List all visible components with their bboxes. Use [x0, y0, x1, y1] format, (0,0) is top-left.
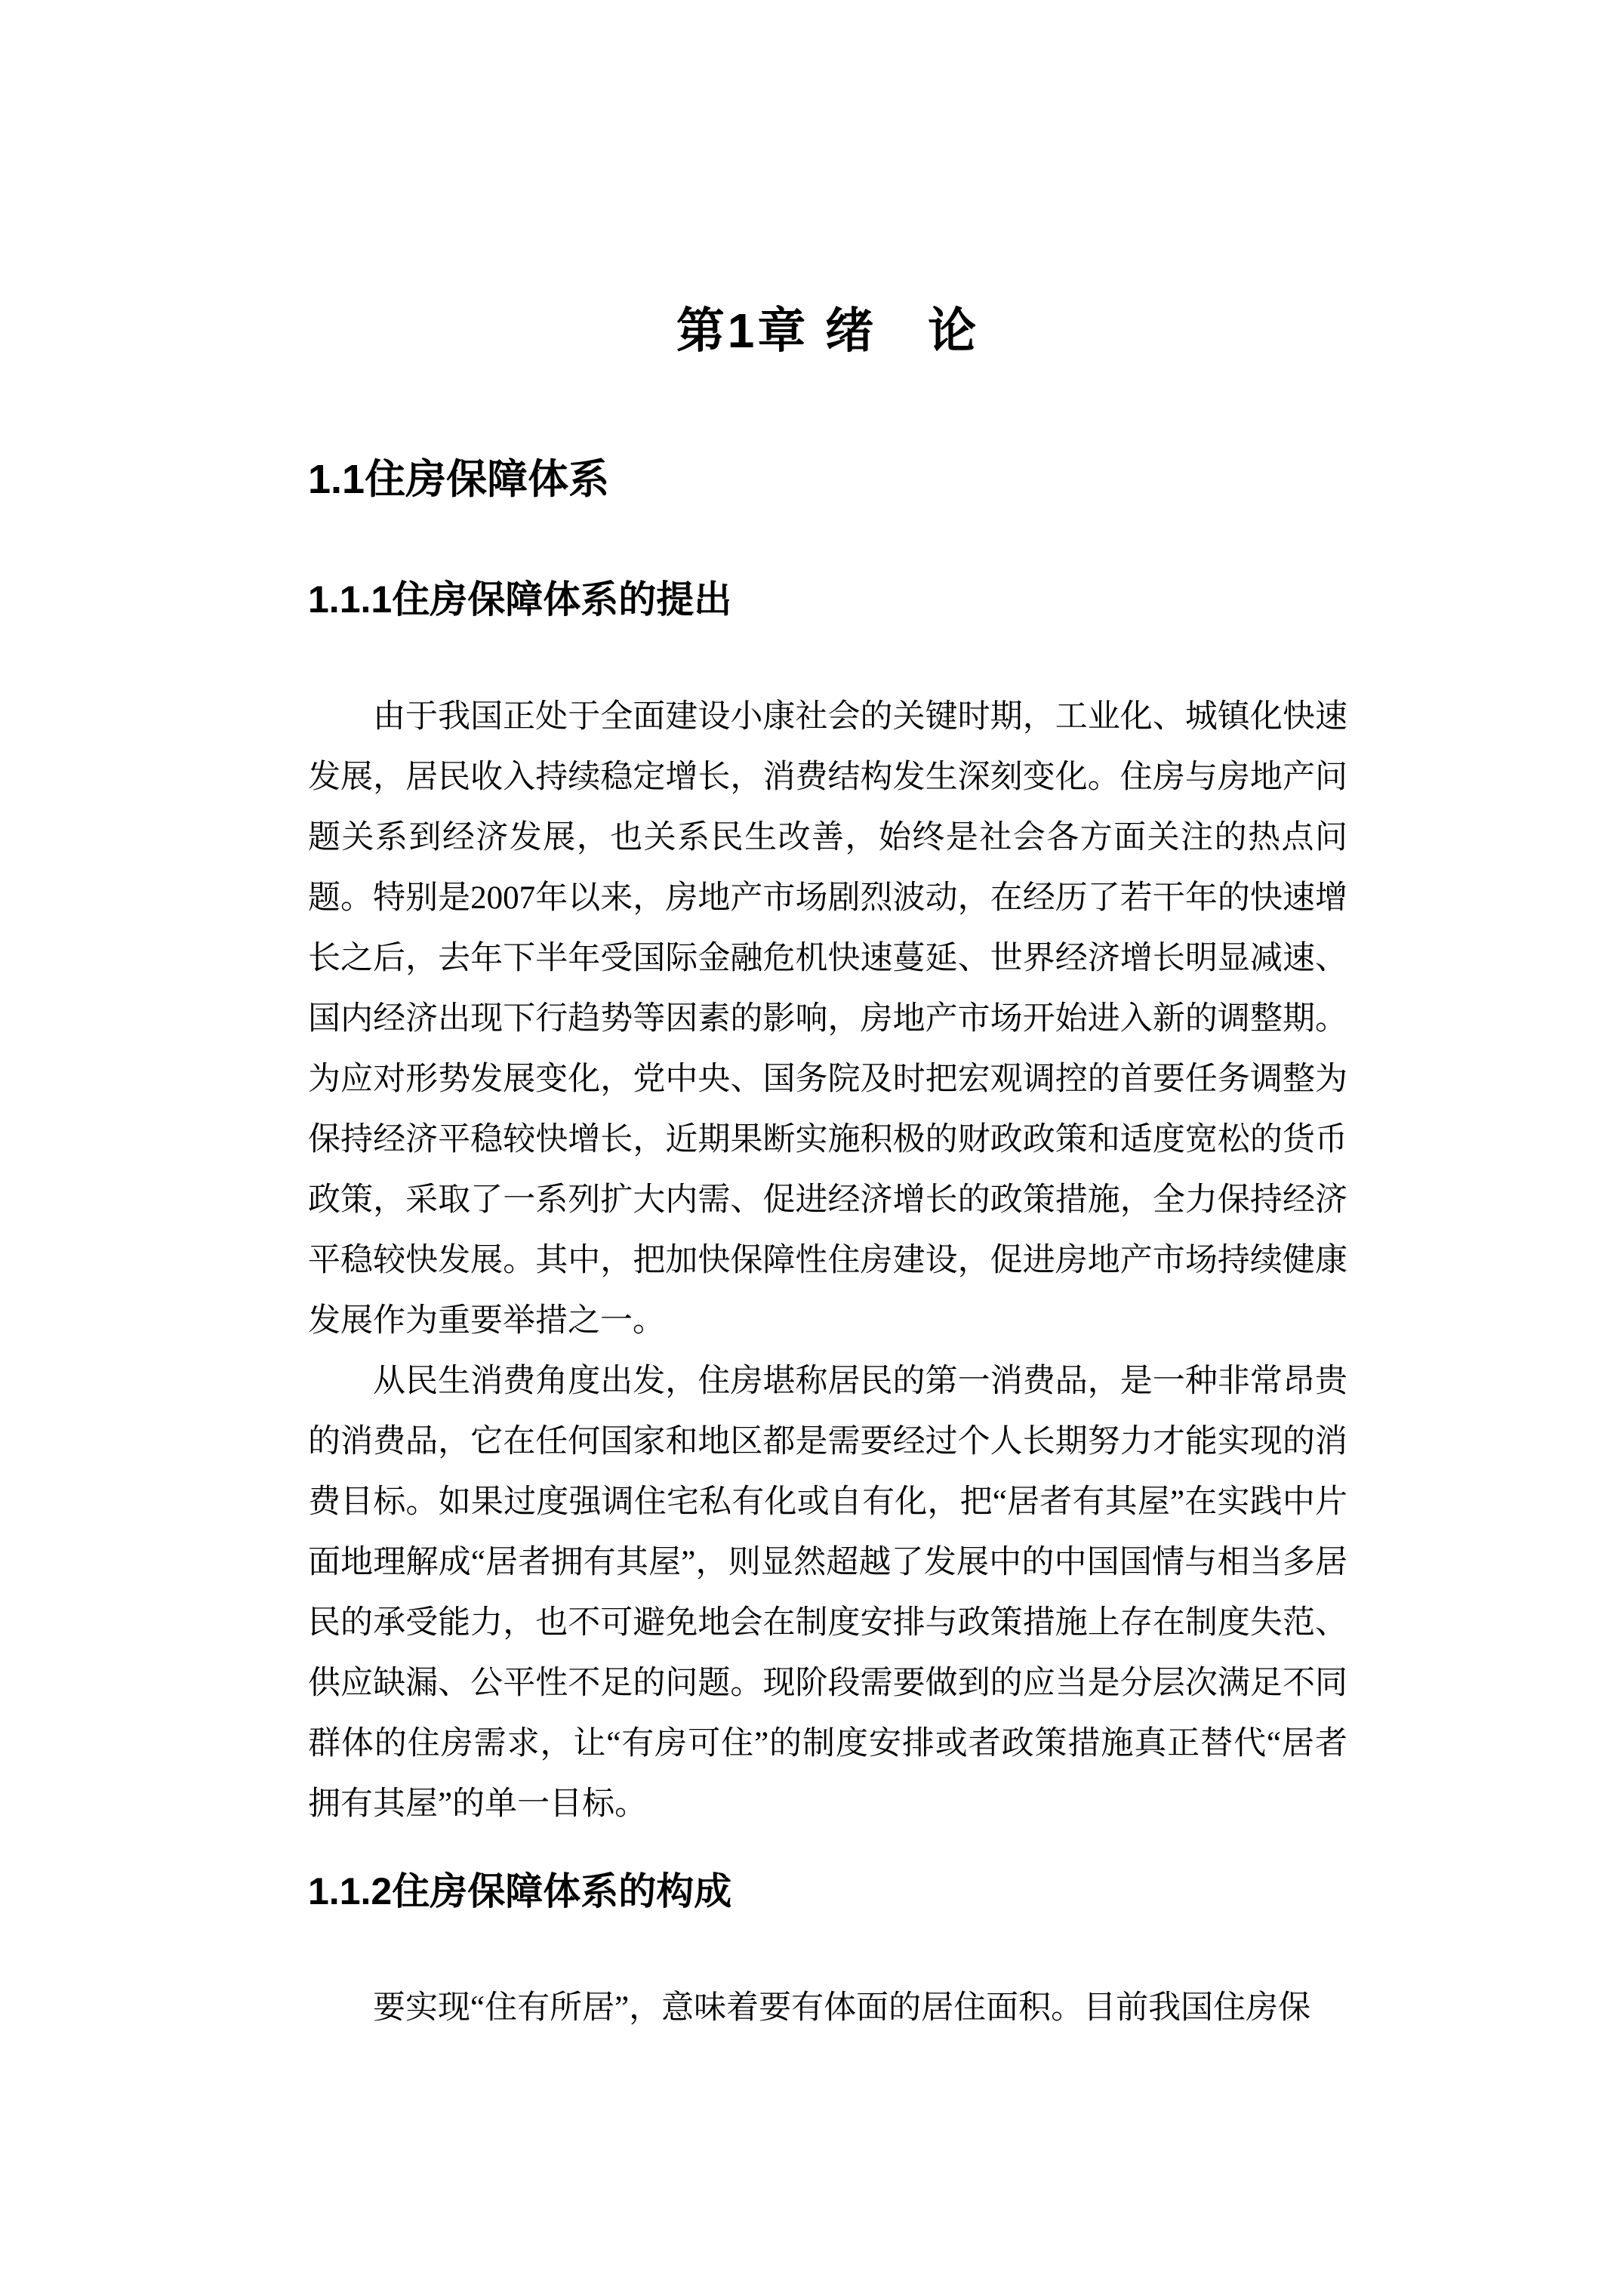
document-page: 第1章 绪 论 1.1住房保障体系 1.1.1住房保障体系的提出 由于我国正处于…: [0, 0, 1623, 2296]
subsection-1-1-1-heading: 1.1.1住房保障体系的提出: [308, 578, 1347, 621]
paragraph-2: 从民生消费角度出发，住房堪称居民的第一消费品，是一种非常昂贵的消费品，它在任何国…: [308, 1351, 1347, 1835]
subsection-1-1-2-heading: 1.1.2住房保障体系的构成: [308, 1870, 1347, 1912]
paragraph-3: 要实现“住有所居”，意味着要有体面的居住面积。目前我国住房保: [308, 1978, 1347, 2039]
paragraph-1: 由于我国正处于全面建设小康社会的关键时期，工业化、城镇化快速发展，居民收入持续稳…: [308, 687, 1347, 1351]
chapter-title: 第1章 绪 论: [308, 300, 1347, 361]
section-1-1-heading: 1.1住房保障体系: [308, 456, 1347, 503]
